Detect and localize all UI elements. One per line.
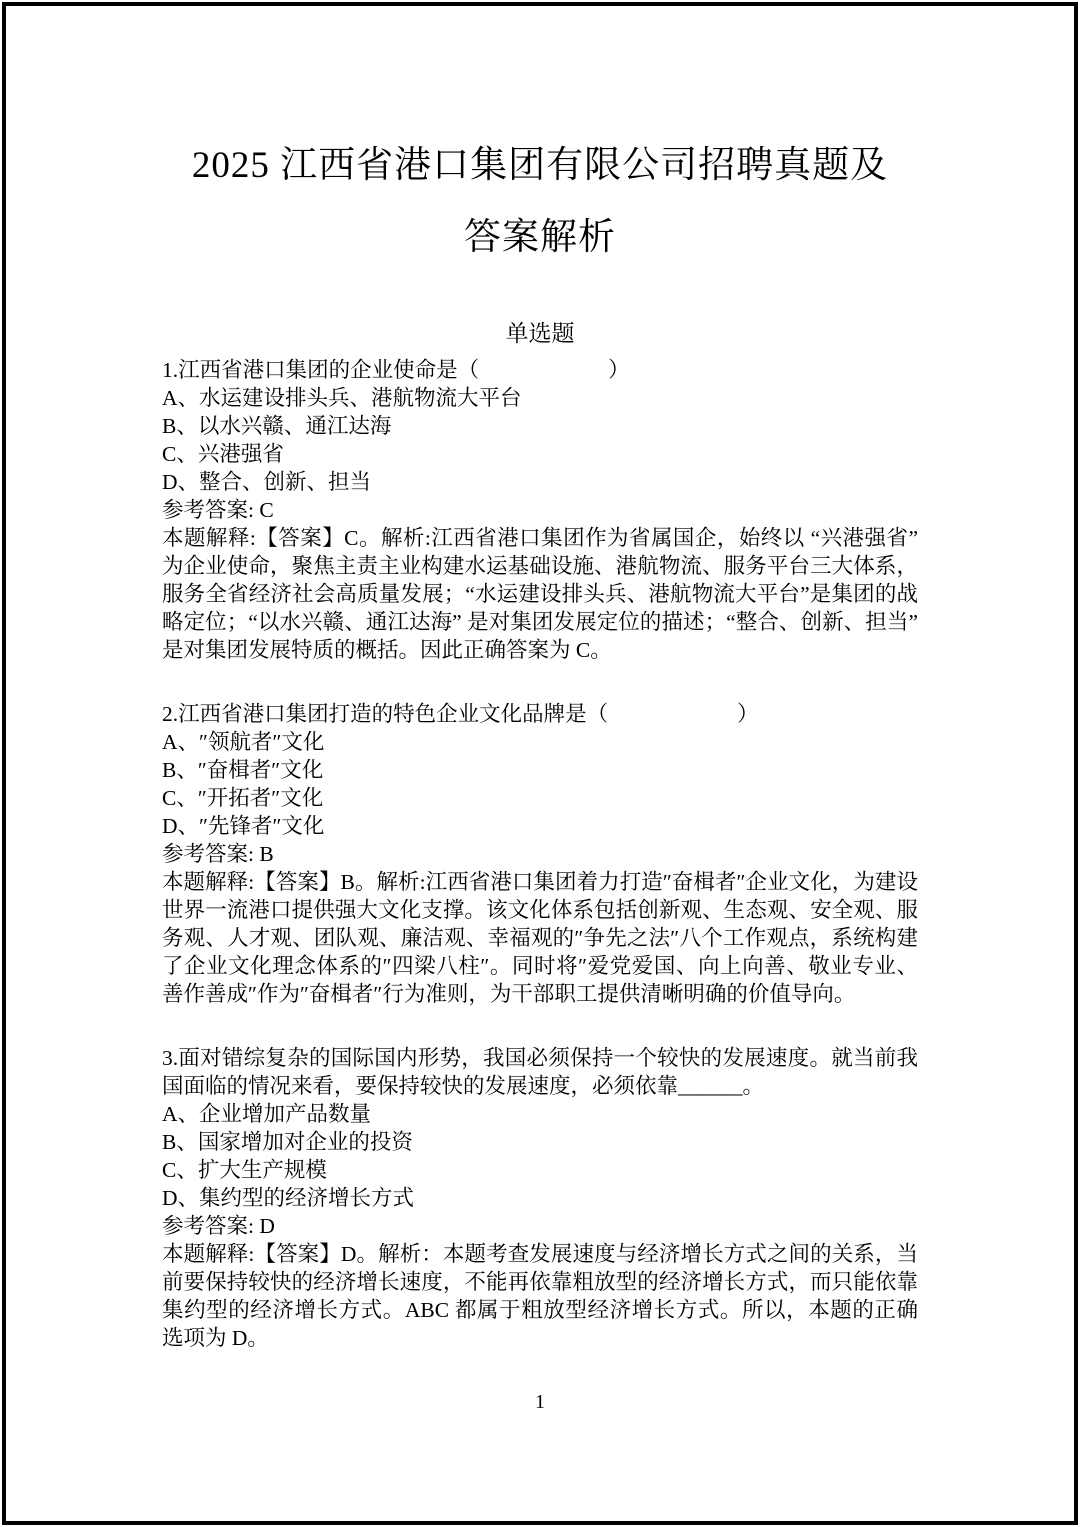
question-explanation: 本题解释:【答案】C。解析:江西省港口集团作为省属国企，始终以 “兴港强省” 为… (162, 524, 918, 664)
option-c: C、兴港强省 (162, 440, 918, 468)
option-a: A、水运建设排头兵、港航物流大平台 (162, 384, 918, 412)
question-stem: 2.江西省港口集团打造的特色企业文化品牌是（ ） (162, 700, 918, 728)
document-page: 2025 江西省港口集团有限公司招聘真题及答案解析 单选题 1.江西省港口集团的… (0, 0, 1080, 1527)
option-b: B、″奋楫者″文化 (162, 756, 918, 784)
option-a: A、″领航者″文化 (162, 728, 918, 756)
document-title-line-2: 答案解析 (464, 217, 616, 258)
option-d: D、集约型的经济增长方式 (162, 1184, 918, 1212)
question-block-2: 2.江西省港口集团打造的特色企业文化品牌是（ ） A、″领航者″文化 B、″奋楫… (162, 700, 918, 1008)
option-d: D、整合、创新、担当 (162, 468, 918, 496)
page-number: 1 (0, 1390, 1080, 1414)
option-d: D、″先锋者″文化 (162, 812, 918, 840)
reference-answer: 参考答案: D (162, 1212, 918, 1240)
question-explanation: 本题解释:【答案】D。解析：本题考查发展速度与经济增长方式之间的关系，当前要保持… (162, 1240, 918, 1352)
page-content: 2025 江西省港口集团有限公司招聘真题及答案解析 单选题 1.江西省港口集团的… (162, 130, 918, 1352)
section-heading: 单选题 (162, 320, 918, 348)
question-block-1: 1.江西省港口集团的企业使命是（ ） A、水运建设排头兵、港航物流大平台 B、以… (162, 356, 918, 664)
option-b: B、国家增加对企业的投资 (162, 1128, 918, 1156)
question-stem: 3.面对错综复杂的国际国内形势，我国必须保持一个较快的发展速度。就当前我国面临的… (162, 1044, 918, 1100)
document-title: 2025 江西省港口集团有限公司招聘真题及答案解析 (162, 130, 918, 274)
option-c: C、扩大生产规模 (162, 1156, 918, 1184)
option-c: C、″开拓者″文化 (162, 784, 918, 812)
question-block-3: 3.面对错综复杂的国际国内形势，我国必须保持一个较快的发展速度。就当前我国面临的… (162, 1044, 918, 1352)
reference-answer: 参考答案: B (162, 840, 918, 868)
option-a: A、企业增加产品数量 (162, 1100, 918, 1128)
option-b: B、以水兴赣、通江达海 (162, 412, 918, 440)
reference-answer: 参考答案: C (162, 496, 918, 524)
question-explanation: 本题解释:【答案】B。解析:江西省港口集团着力打造″奋楫者″企业文化，为建设世界… (162, 868, 918, 1008)
document-title-line-1: 2025 江西省港口集团有限公司招聘真题及 (192, 145, 888, 186)
question-stem: 1.江西省港口集团的企业使命是（ ） (162, 356, 918, 384)
